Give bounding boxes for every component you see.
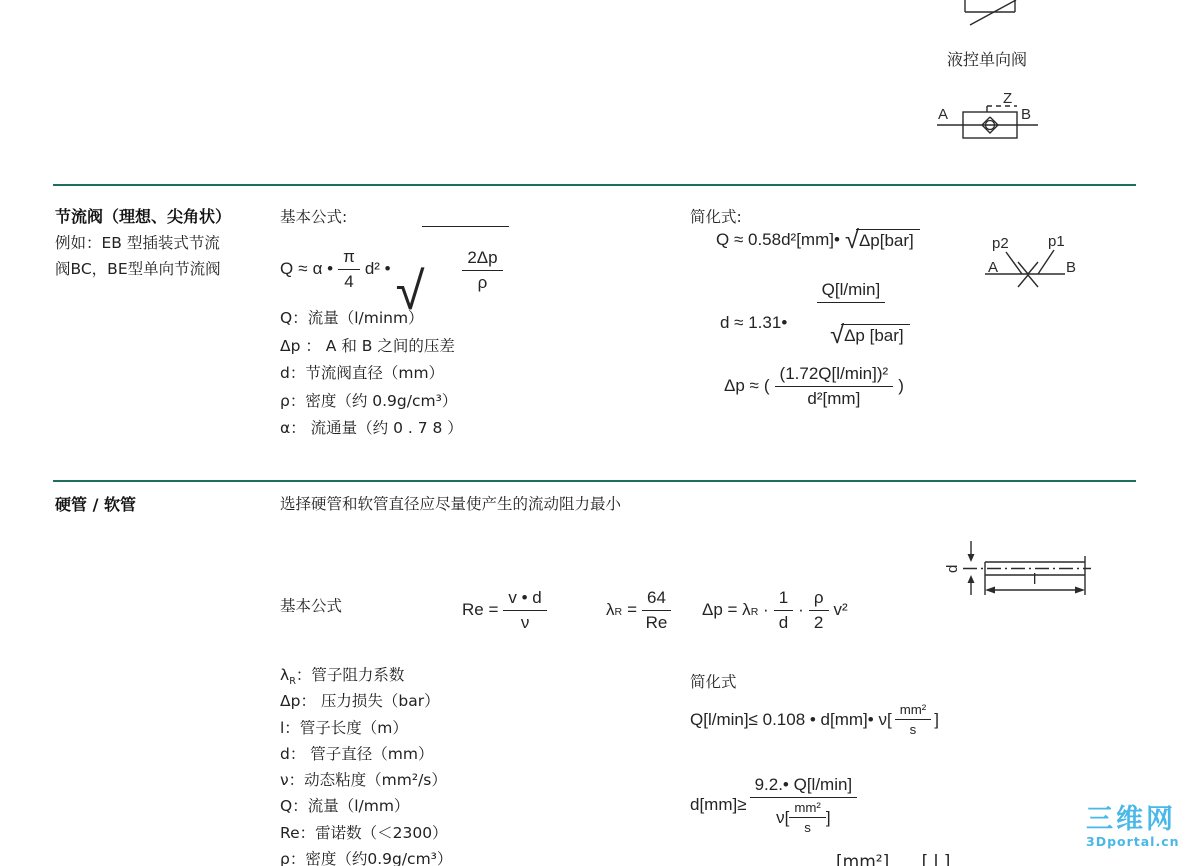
basic-formula-heading: 基本公式:: [280, 205, 347, 227]
definition-line: λR：管子阻力系数: [280, 663, 452, 689]
port-p2-label: p2: [992, 235, 1009, 252]
simplified-formula-heading: 简化式: [690, 670, 737, 692]
approx-sign: ≈: [298, 259, 307, 279]
q-over-sqrt-dp-fraction: Q[l/min] √ Δp [bar]: [792, 280, 909, 367]
watermark: 三维网 3Dportal.cn: [1086, 806, 1180, 849]
orifice-lower-chevron: [1018, 275, 1038, 287]
throttle-valve-symbol: p2 p1 A B: [980, 222, 1080, 297]
arrow-left-icon: [985, 587, 995, 594]
close-paren: ): [898, 376, 904, 396]
definition-line: d：节流阀直径（mm）: [280, 361, 463, 389]
definition-line: ρ：密度（约0.9g/cm³）: [280, 847, 452, 866]
pipe-section-title: 硬管 / 软管: [55, 492, 136, 515]
mm2-over-s-fraction: mm² s: [895, 702, 932, 738]
diameter-label: d: [944, 565, 961, 573]
valve-symbol-partial: [930, 0, 1040, 30]
lambda-formula: λR = 64 Re: [606, 588, 671, 632]
throttle-simplified-formula-dp: Δp ≈ ( (1.72Q[l/min])² d²[mm] ): [724, 364, 904, 408]
definition-line: Re：雷诺数（＜2300）: [280, 821, 452, 847]
pipe-flow-limit-formula: Q[l/min]≤ 0.108 • d[mm]• ν[ mm² s ]: [690, 702, 939, 738]
cutoff-formula-fragment: [mm²] [ l ]: [836, 852, 950, 866]
throttle-example-line1: 例如：EB 型插装式节流: [55, 231, 220, 253]
definition-line: Q：流量（l/minm）: [280, 306, 463, 334]
port-a-label: A: [988, 259, 998, 276]
formula-coef: α •: [313, 259, 334, 279]
definition-line: Δp ： A 和 B 之间的压差: [280, 334, 463, 362]
arrow-up-icon: [968, 575, 975, 583]
pipe-definitions: λR：管子阻力系数 Δp： 压力损失（bar） l：管子长度（m） d： 管子直…: [280, 663, 452, 866]
watermark-logo-text: 三维网: [1086, 806, 1180, 833]
throttle-simplified-formula-q: Q ≈ 0.58d²[mm]• √ Δp[bar]: [716, 229, 920, 251]
definition-line: α： 流通量（约 0 . 7 8 ）: [280, 416, 463, 444]
vd-over-nu-fraction: v • d ν: [503, 588, 546, 632]
port-p1-label: p1: [1048, 233, 1065, 250]
pilot-check-valve-caption: 液控单向阀: [947, 47, 1027, 70]
mm2-over-s-fraction: mm² s: [789, 800, 826, 836]
throttle-section-title: 节流阀（理想、尖角状）: [55, 204, 231, 227]
section-divider: [53, 480, 1136, 482]
section-divider: [53, 184, 1136, 186]
definition-line: Q：流量（l/mm）: [280, 794, 452, 820]
arrow-down-icon: [968, 554, 975, 562]
pipe-intro-text: 选择硬管和软管直径应尽量使产生的流动阻力最小: [280, 492, 621, 514]
port-b-label: B: [1066, 259, 1076, 276]
square-root: √ Δp[bar]: [845, 229, 920, 251]
formula-lhs: Q: [280, 259, 293, 279]
basic-formula-heading: 基本公式: [280, 594, 342, 616]
port-b-label: B: [1021, 106, 1031, 123]
simplified-formula-heading: 简化式:: [690, 205, 742, 227]
square-root: √ Δp [bar]: [830, 324, 910, 346]
definition-line: ρ：密度（约 0.9g/cm³）: [280, 389, 463, 417]
pi-over-4-fraction: π 4: [338, 247, 360, 291]
reynolds-formula: Re = v • d ν: [462, 588, 547, 632]
formula-mid: d² •: [365, 259, 391, 279]
64-over-re-fraction: 64 Re: [642, 588, 671, 632]
diameter-fraction: 9.2.• Q[l/min] ν[ mm² s ]: [750, 775, 858, 835]
port-a-label: A: [938, 106, 948, 123]
throttle-basic-formula: Q ≈ α • π 4 d² • √ 2Δp ρ: [280, 226, 509, 313]
watermark-url-text: 3Dportal.cn: [1086, 836, 1180, 849]
throttle-definitions: Q：流量（l/minm） Δp ： A 和 B 之间的压差 d：节流阀直径（mm…: [280, 306, 463, 444]
pilot-check-valve-symbol: Z A B: [925, 82, 1050, 147]
pilot-port-label: Z: [1003, 90, 1012, 107]
catalog-page: 液控单向阀 Z A B 节流阀（理想、尖角状） 例如：EB 型插装式节流 阀BC…: [0, 0, 1190, 866]
definition-line: ν：动态粘度（mm²/s）: [280, 768, 452, 794]
rho-over-2-fraction: ρ 2: [809, 588, 829, 632]
definition-line: l：管子长度（m）: [280, 716, 452, 742]
pipe-diameter-formula: d[mm]≥ 9.2.• Q[l/min] ν[ mm² s ]: [690, 775, 857, 835]
throttle-example-line2: 阀BC，BE型单向节流阀: [55, 257, 221, 279]
pressure-density-fraction: 2Δp ρ: [462, 248, 502, 292]
definition-line: d： 管子直径（mm）: [280, 742, 452, 768]
arrow-right-icon: [1075, 587, 1085, 594]
square-root: √ 2Δp ρ: [396, 226, 509, 313]
pressure-loss-formula: Δp = λR · 1 d · ρ 2 v²: [702, 588, 848, 632]
dp-fraction: (1.72Q[l/min])² d²[mm]: [775, 364, 894, 408]
definition-line: Δp： 压力损失（bar）: [280, 689, 452, 715]
one-over-d-fraction: 1 d: [774, 588, 793, 632]
open-paren: (: [764, 376, 770, 396]
pipe-diagram: d l: [945, 525, 1095, 603]
throttle-simplified-formula-d: d ≈ 1.31• Q[l/min] √ Δp [bar]: [720, 280, 910, 367]
length-label: l: [1033, 571, 1036, 588]
